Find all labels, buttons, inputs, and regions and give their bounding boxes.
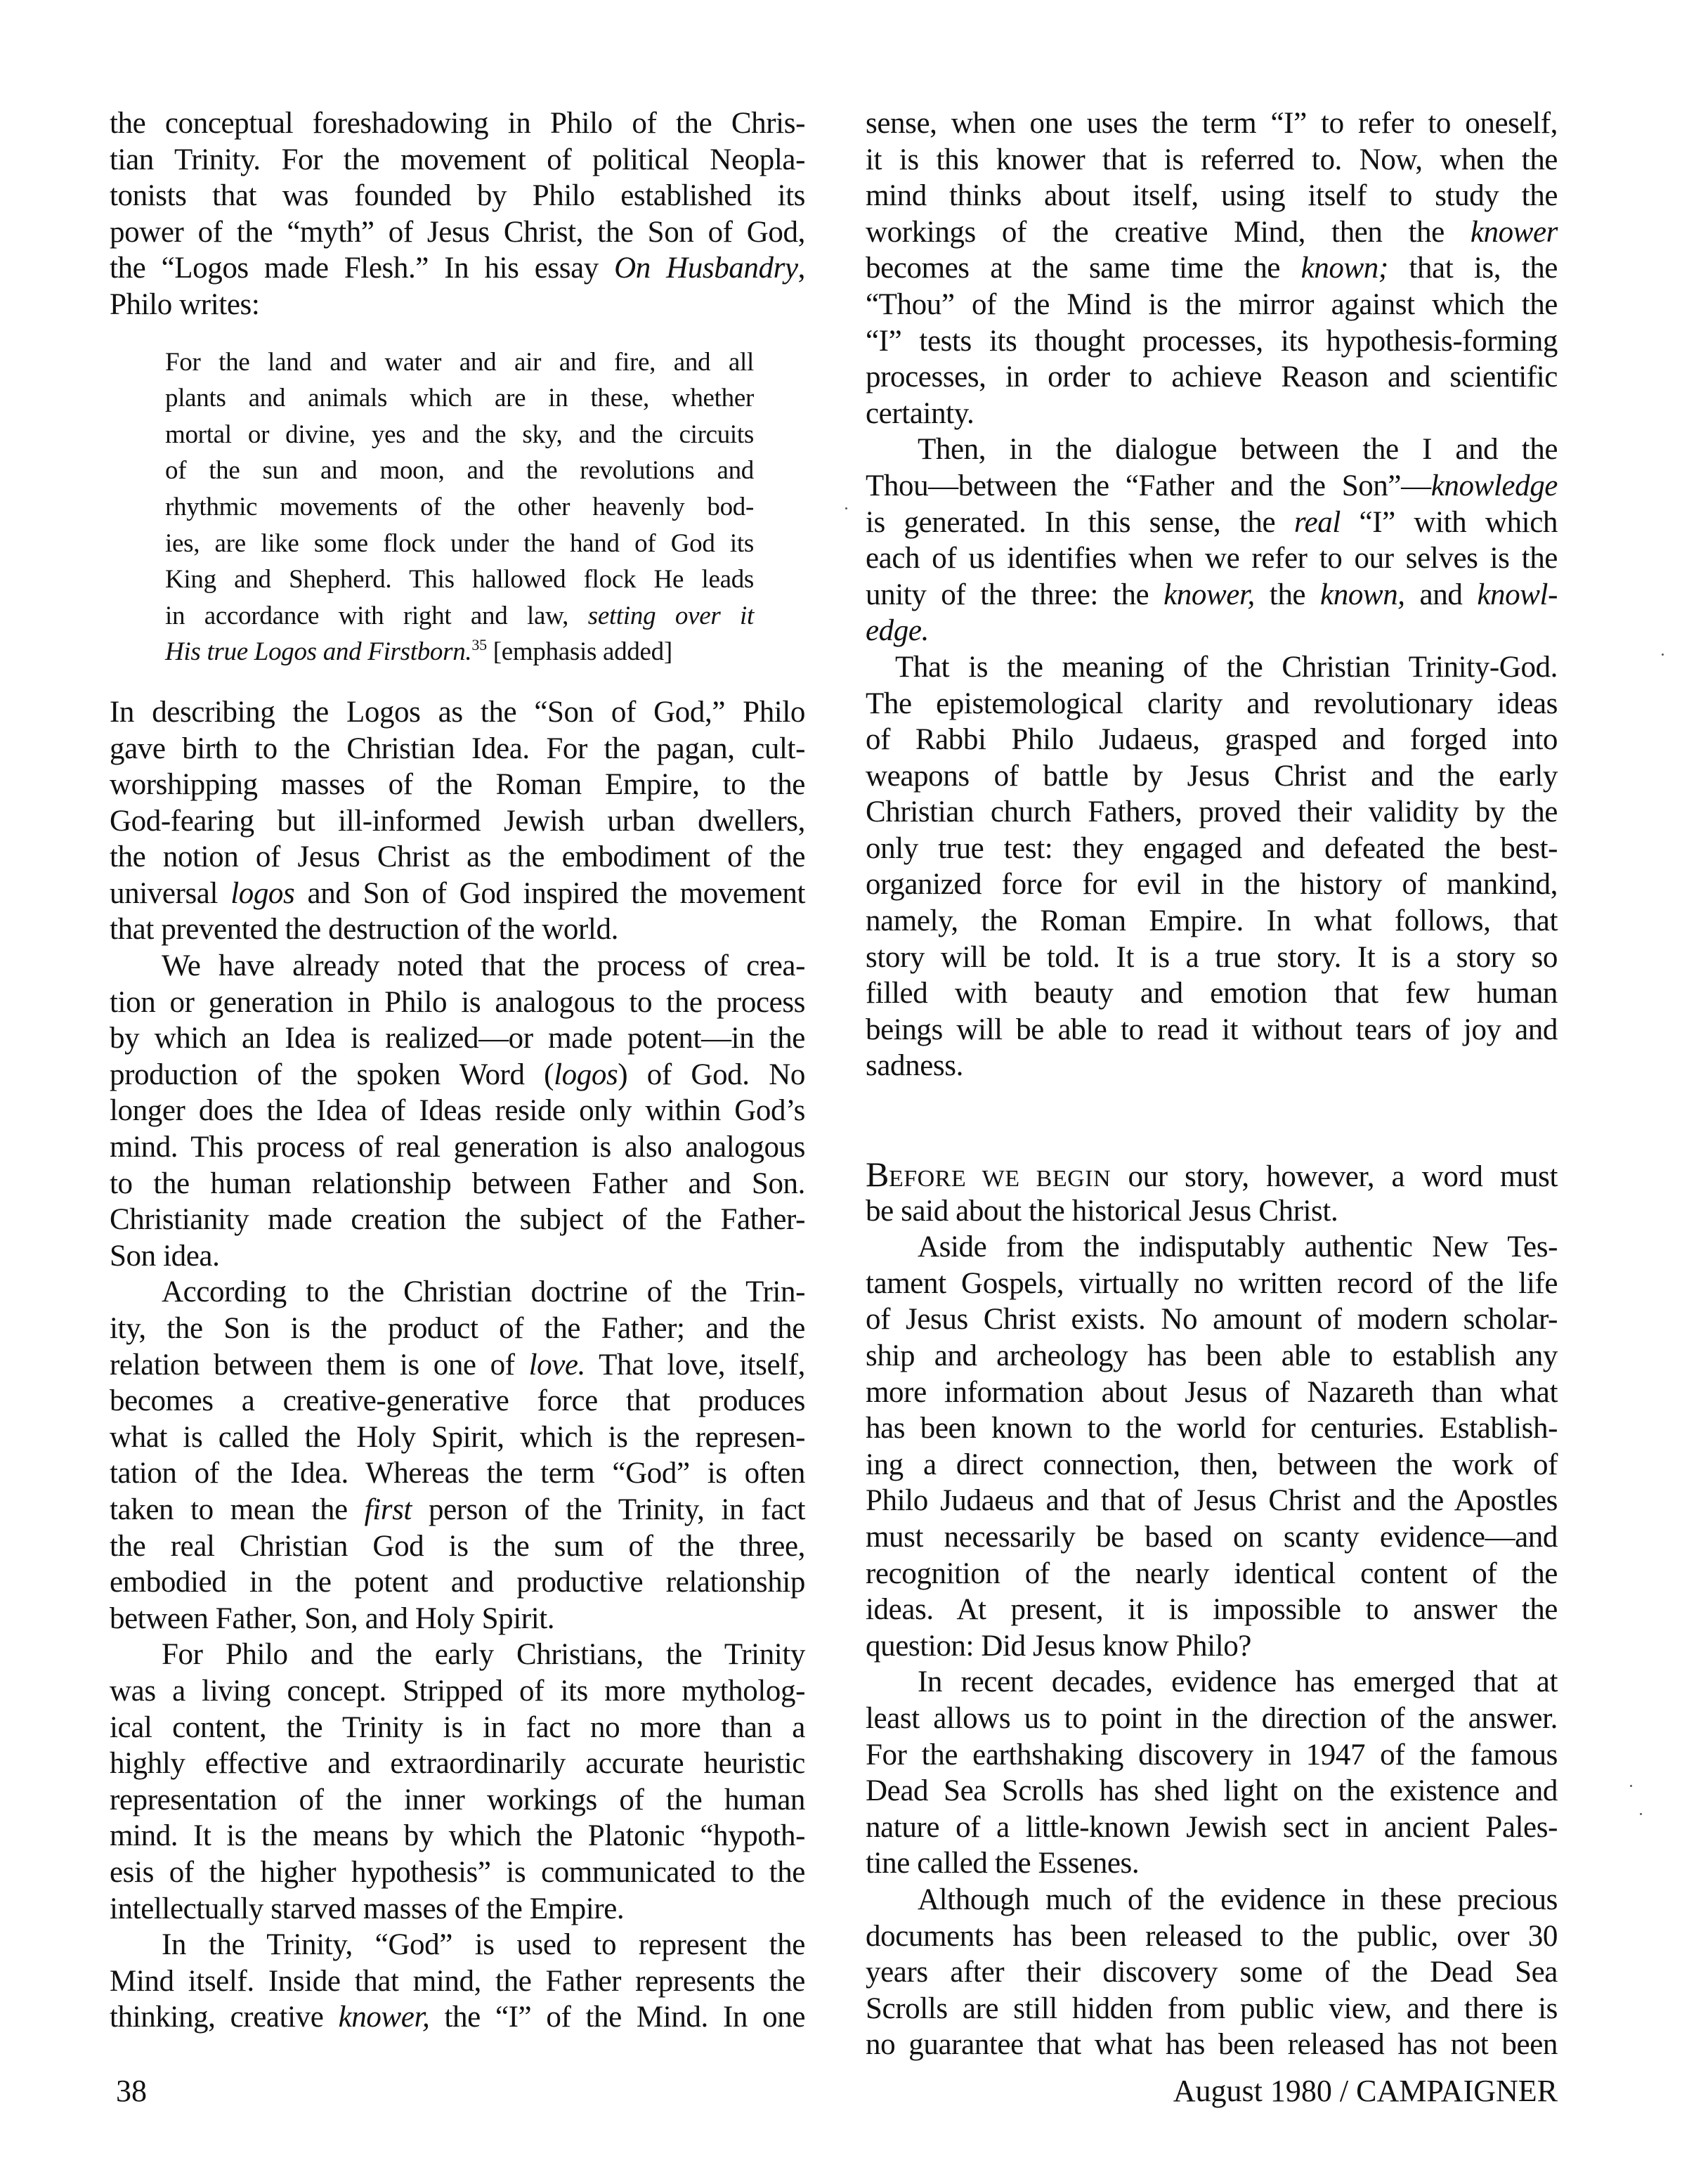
text-line: tine called the Essenes. [866, 1845, 1558, 1882]
quote-line: King and Shepherd. This hallowed flock H… [165, 561, 754, 598]
text-run: in accordance with right and law, [165, 602, 588, 630]
text-line: edge. [866, 613, 1558, 649]
text-line: the notion of Jesus Christ as the embodi… [110, 839, 805, 876]
quote-line: rhythmic movements of the other heavenly… [165, 489, 754, 526]
quote-line: For the land and water and air and fire,… [165, 344, 754, 381]
text-line: ideas. At present, it is impossible to a… [866, 1592, 1558, 1628]
text-line: thinking, creative knower, the “I” of th… [110, 1999, 805, 2036]
emphasis-text: known; [1301, 252, 1388, 285]
text-line: certainty. [866, 396, 1558, 432]
text-line: recognition of the nearly identical cont… [866, 1556, 1558, 1592]
page-number: 38 [116, 2073, 147, 2110]
text-line: For Philo and the early Christians, the … [110, 1637, 805, 1673]
text-line: tament Gospels, virtually no written rec… [866, 1266, 1558, 1302]
text-line: Then, in the dialogue between the I and … [866, 431, 1558, 468]
text-line: tonists that was founded by Philo establ… [110, 178, 805, 214]
text-run: the “Logos made Flesh.” In his essay [110, 252, 614, 285]
scan-speck [845, 507, 847, 509]
text-line: In describing the Logos as the “Son of G… [110, 694, 805, 731]
text-line: production of the spoken Word (logos) of… [110, 1057, 805, 1093]
text-line: “I” tests its thought processes, its hyp… [866, 323, 1558, 360]
text-run: the “I” of the Mind. In one [429, 2001, 805, 2034]
text-line: “Thou” of the Mind is the mirror against… [866, 287, 1558, 323]
text-line: For the earthshaking discovery in 1947 o… [866, 1737, 1558, 1774]
text-line: Although much of the evidence in these p… [866, 1882, 1558, 1918]
text-line: beings will be able to read it without t… [866, 1012, 1558, 1048]
quote-line: plants and animals which are in these, w… [165, 380, 754, 417]
section-break [866, 1084, 1558, 1157]
scan-speck [1630, 1785, 1632, 1787]
quote-line: His true Logos and Firstborn.35 [emphasi… [165, 634, 754, 670]
text-line: workings of the creative Mind, then the … [866, 214, 1558, 251]
text-run: and Son of God inspired the movement [294, 877, 805, 910]
quote-line: mortal or divine, yes and the sky, and t… [165, 417, 754, 453]
emphasis-text: knowl- [1477, 578, 1558, 611]
text-line: becomes at the same time the known; that… [866, 250, 1558, 287]
text-line: mind thinks about itself, using itself t… [866, 178, 1558, 214]
text-line: the conceptual foreshadowing in Philo of… [110, 105, 805, 142]
text-line: organized force for evil in the history … [866, 866, 1558, 903]
text-run: workings of the creative Mind, then the [866, 216, 1471, 249]
text-run: [emphasis added] [487, 637, 672, 666]
paragraph-intro: the conceptual foreshadowing in Philo of… [110, 105, 805, 323]
text-line: Son idea. [110, 1238, 805, 1275]
text-line: We have already noted that the process o… [110, 948, 805, 984]
text-line: of Rabbi Philo Judaeus, grasped and forg… [866, 722, 1558, 758]
text-line: intellectually starved masses of the Emp… [110, 1891, 805, 1928]
text-line: According to the Christian doctrine of t… [110, 1274, 805, 1311]
text-line: only true test: they engaged and defeate… [866, 831, 1558, 867]
text-line: is generated. In this sense, the real “I… [866, 505, 1558, 541]
paragraph-sense: sense, when one uses the term “I” to ref… [866, 105, 1558, 431]
text-line: relation between them is one of love. Th… [110, 1347, 805, 1384]
paragraph-living-concept: For Philo and the early Christians, the … [110, 1637, 805, 1927]
text-run: the [1255, 578, 1320, 611]
text-line: That is the meaning of the Christian Tri… [866, 649, 1558, 686]
text-run: unity of the three: the [866, 578, 1163, 611]
text-line: Dead Sea Scrolls has shed light on the e… [866, 1773, 1558, 1809]
text-run: our story, however, a word must [1111, 1160, 1558, 1193]
scan-speck [1662, 654, 1664, 656]
emphasis-text: first [365, 1493, 412, 1526]
magazine-page: the conceptual foreshadowing in Philo of… [0, 0, 1682, 2184]
emphasis-text: known, [1320, 578, 1405, 611]
text-line: each of us identifies when we refer to o… [866, 540, 1558, 577]
text-line: highly effective and extraordinarily acc… [110, 1746, 805, 1782]
text-line: Mind itself. Inside that mind, the Fathe… [110, 1963, 805, 2000]
emphasis-text: knower, [1163, 578, 1255, 611]
text-line: mind. This process of real generation is… [110, 1129, 805, 1166]
text-line: story will be told. It is a true story. … [866, 940, 1558, 976]
text-run: relation between them is one of [110, 1348, 529, 1382]
text-line: unity of the three: the knower, the know… [866, 577, 1558, 613]
text-run: Thou—between the “Father and the Son”— [866, 469, 1431, 502]
blockquote: For the land and water and air and fire,… [165, 344, 754, 670]
text-run: that is, the [1388, 252, 1558, 285]
text-run: universal [110, 877, 230, 910]
text-line: power of the “myth” of Jesus Christ, the… [110, 214, 805, 251]
paragraph-recent-decades: In recent decades, evidence has emerged … [866, 1664, 1558, 1882]
text-line: the “Logos made Flesh.” In his essay On … [110, 250, 805, 287]
left-column: the conceptual foreshadowing in Philo of… [110, 105, 805, 2036]
text-line: it is this knower that is referred to. N… [866, 142, 1558, 178]
paragraph-process: We have already noted that the process o… [110, 948, 805, 1274]
paragraph-logos: In describing the Logos as the “Son of G… [110, 694, 805, 948]
right-column: sense, when one uses the term “I” to ref… [866, 105, 1558, 2063]
emphasis-text: knowledge [1431, 469, 1558, 502]
quote-line: ies, are like some flock under the hand … [165, 526, 754, 562]
emphasis-text: edge. [866, 614, 929, 647]
text-line: In recent decades, evidence has emerged … [866, 1664, 1558, 1701]
text-line: God-fearing but ill-informed Jewish urba… [110, 803, 805, 840]
text-line: sense, when one uses the term “I” to ref… [866, 105, 1558, 142]
text-line: the real Christian God is the sum of the… [110, 1528, 805, 1565]
emphasis-text: real [1294, 506, 1341, 539]
text-line: more information about Jesus of Nazareth… [866, 1374, 1558, 1411]
text-line: Christian church Fathers, proved their v… [866, 794, 1558, 831]
text-run: and [1405, 578, 1478, 611]
text-line: tion or generation in Philo is analogous… [110, 984, 805, 1021]
emphasis-text: logos [554, 1058, 618, 1091]
text-line: Philo Judaeus and that of Jesus Christ a… [866, 1483, 1558, 1519]
text-run: “I” with which [1341, 506, 1558, 539]
paragraph-meaning: That is the meaning of the Christian Tri… [866, 649, 1558, 1084]
text-line: The epistemological clarity and revoluti… [866, 686, 1558, 722]
text-line: Philo writes: [110, 287, 805, 323]
text-line: mind. It is the means by which the Plato… [110, 1818, 805, 1854]
text-line: by which an Idea is realized—or made pot… [110, 1020, 805, 1057]
text-run: That love, itself, [585, 1348, 805, 1382]
quote-line: of the sun and moon, and the revolutions… [165, 453, 754, 489]
emphasis-text: love. [529, 1348, 585, 1382]
text-run: thinking, creative [110, 2001, 339, 2034]
text-line: sadness. [866, 1048, 1558, 1084]
text-line: Christianity made creation the subject o… [110, 1202, 805, 1238]
text-line: has been known to the world for centurie… [866, 1410, 1558, 1447]
text-line: namely, the Roman Empire. In what follow… [866, 903, 1558, 940]
text-line: to the human relationship between Father… [110, 1166, 805, 1202]
paragraph-mind: In the Trinity, “God” is used to represe… [110, 1927, 805, 2036]
text-line: documents has been released to the publi… [866, 1918, 1558, 1955]
paragraph-section-opener: BEFORE WE BEGIN our story, however, a wo… [866, 1157, 1558, 1229]
paragraph-doctrine: According to the Christian doctrine of t… [110, 1274, 805, 1637]
text-line: between Father, Son, and Holy Spirit. [110, 1601, 805, 1637]
text-line: years after their discovery some of the … [866, 1954, 1558, 1991]
text-line: be said about the historical Jesus Chris… [866, 1193, 1558, 1230]
text-line: processes, in order to achieve Reason an… [866, 359, 1558, 396]
text-line: tian Trinity. For the movement of politi… [110, 142, 805, 178]
emphasis-text: knower, [339, 2001, 430, 2034]
text-line: Scrolls are still hidden from public vie… [866, 1991, 1558, 2027]
text-line: becomes a creative-generative force that… [110, 1383, 805, 1419]
text-line: taken to mean the first person of the Tr… [110, 1492, 805, 1528]
text-run: is generated. In this sense, the [866, 506, 1294, 539]
text-line: weapons of battle by Jesus Christ and th… [866, 758, 1558, 795]
text-line: esis of the higher hypothesis” is commun… [110, 1854, 805, 1891]
emphasis-text: setting over it [588, 602, 754, 630]
paragraph-aside: Aside from the indisputably authentic Ne… [866, 1229, 1558, 1664]
text-line: of Jesus Christ exists. No amount of mod… [866, 1301, 1558, 1338]
text-run: person of the Trinity, in fact [412, 1493, 805, 1526]
text-line: representation of the inner workings of … [110, 1782, 805, 1819]
text-line: ing a direct connection, then, between t… [866, 1447, 1558, 1483]
footnote-marker: 35 [471, 636, 486, 654]
text-line: tation of the Idea. Whereas the term “Go… [110, 1455, 805, 1492]
scan-speck [1640, 1813, 1642, 1815]
text-run: becomes at the same time the [866, 252, 1301, 285]
quote-line: in accordance with right and law, settin… [165, 598, 754, 635]
text-line: gave birth to the Christian Idea. For th… [110, 731, 805, 767]
text-line: must necessarily be based on scanty evid… [866, 1519, 1558, 1556]
initial-capital: B [866, 1155, 889, 1194]
text-line: In the Trinity, “God” is used to represe… [110, 1927, 805, 1963]
text-line: question: Did Jesus know Philo? [866, 1628, 1558, 1665]
text-run: ) of God. No [618, 1058, 805, 1091]
text-line: least allows us to point in the directio… [866, 1701, 1558, 1737]
emphasis-text: logos [230, 877, 294, 910]
text-line: was a living concept. Stripped of its mo… [110, 1673, 805, 1710]
text-run: taken to mean the [110, 1493, 365, 1526]
text-run: , [798, 252, 805, 285]
text-line: Thou—between the “Father and the Son”—kn… [866, 468, 1558, 505]
text-line: universal logos and Son of God inspired … [110, 876, 805, 912]
text-line: that prevented the destruction of the wo… [110, 911, 805, 948]
text-line: Aside from the indisputably authentic Ne… [866, 1229, 1558, 1266]
text-line: nature of a little-known Jewish sect in … [866, 1809, 1558, 1846]
text-line: ship and archeology has been able to est… [866, 1338, 1558, 1374]
text-line: what is called the Holy Spirit, which is… [110, 1419, 805, 1456]
emphasis-text: knower [1471, 216, 1558, 249]
emphasis-text: His true Logos and Firstborn. [165, 637, 471, 666]
small-caps-lead: EFORE WE BEGIN [889, 1166, 1111, 1192]
text-line: worshipping masses of the Roman Empire, … [110, 767, 805, 803]
text-line: BEFORE WE BEGIN our story, however, a wo… [866, 1157, 1558, 1193]
text-line: embodied in the potent and productive re… [110, 1564, 805, 1601]
book-title: On Husbandry [614, 252, 798, 285]
text-line: ity, the Son is the product of the Fathe… [110, 1311, 805, 1347]
text-line: filled with beauty and emotion that few … [866, 975, 1558, 1012]
paragraph-dialogue: Then, in the dialogue between the I and … [866, 431, 1558, 649]
paragraph-although: Although much of the evidence in these p… [866, 1882, 1558, 2063]
text-line: no guarantee that what has been released… [866, 2027, 1558, 2063]
text-line: ical content, the Trinity is in fact no … [110, 1710, 805, 1746]
text-line: longer does the Idea of Ideas reside onl… [110, 1093, 805, 1129]
text-run: production of the spoken Word ( [110, 1058, 554, 1091]
running-footer: August 1980 / CAMPAIGNER [1173, 2073, 1558, 2110]
